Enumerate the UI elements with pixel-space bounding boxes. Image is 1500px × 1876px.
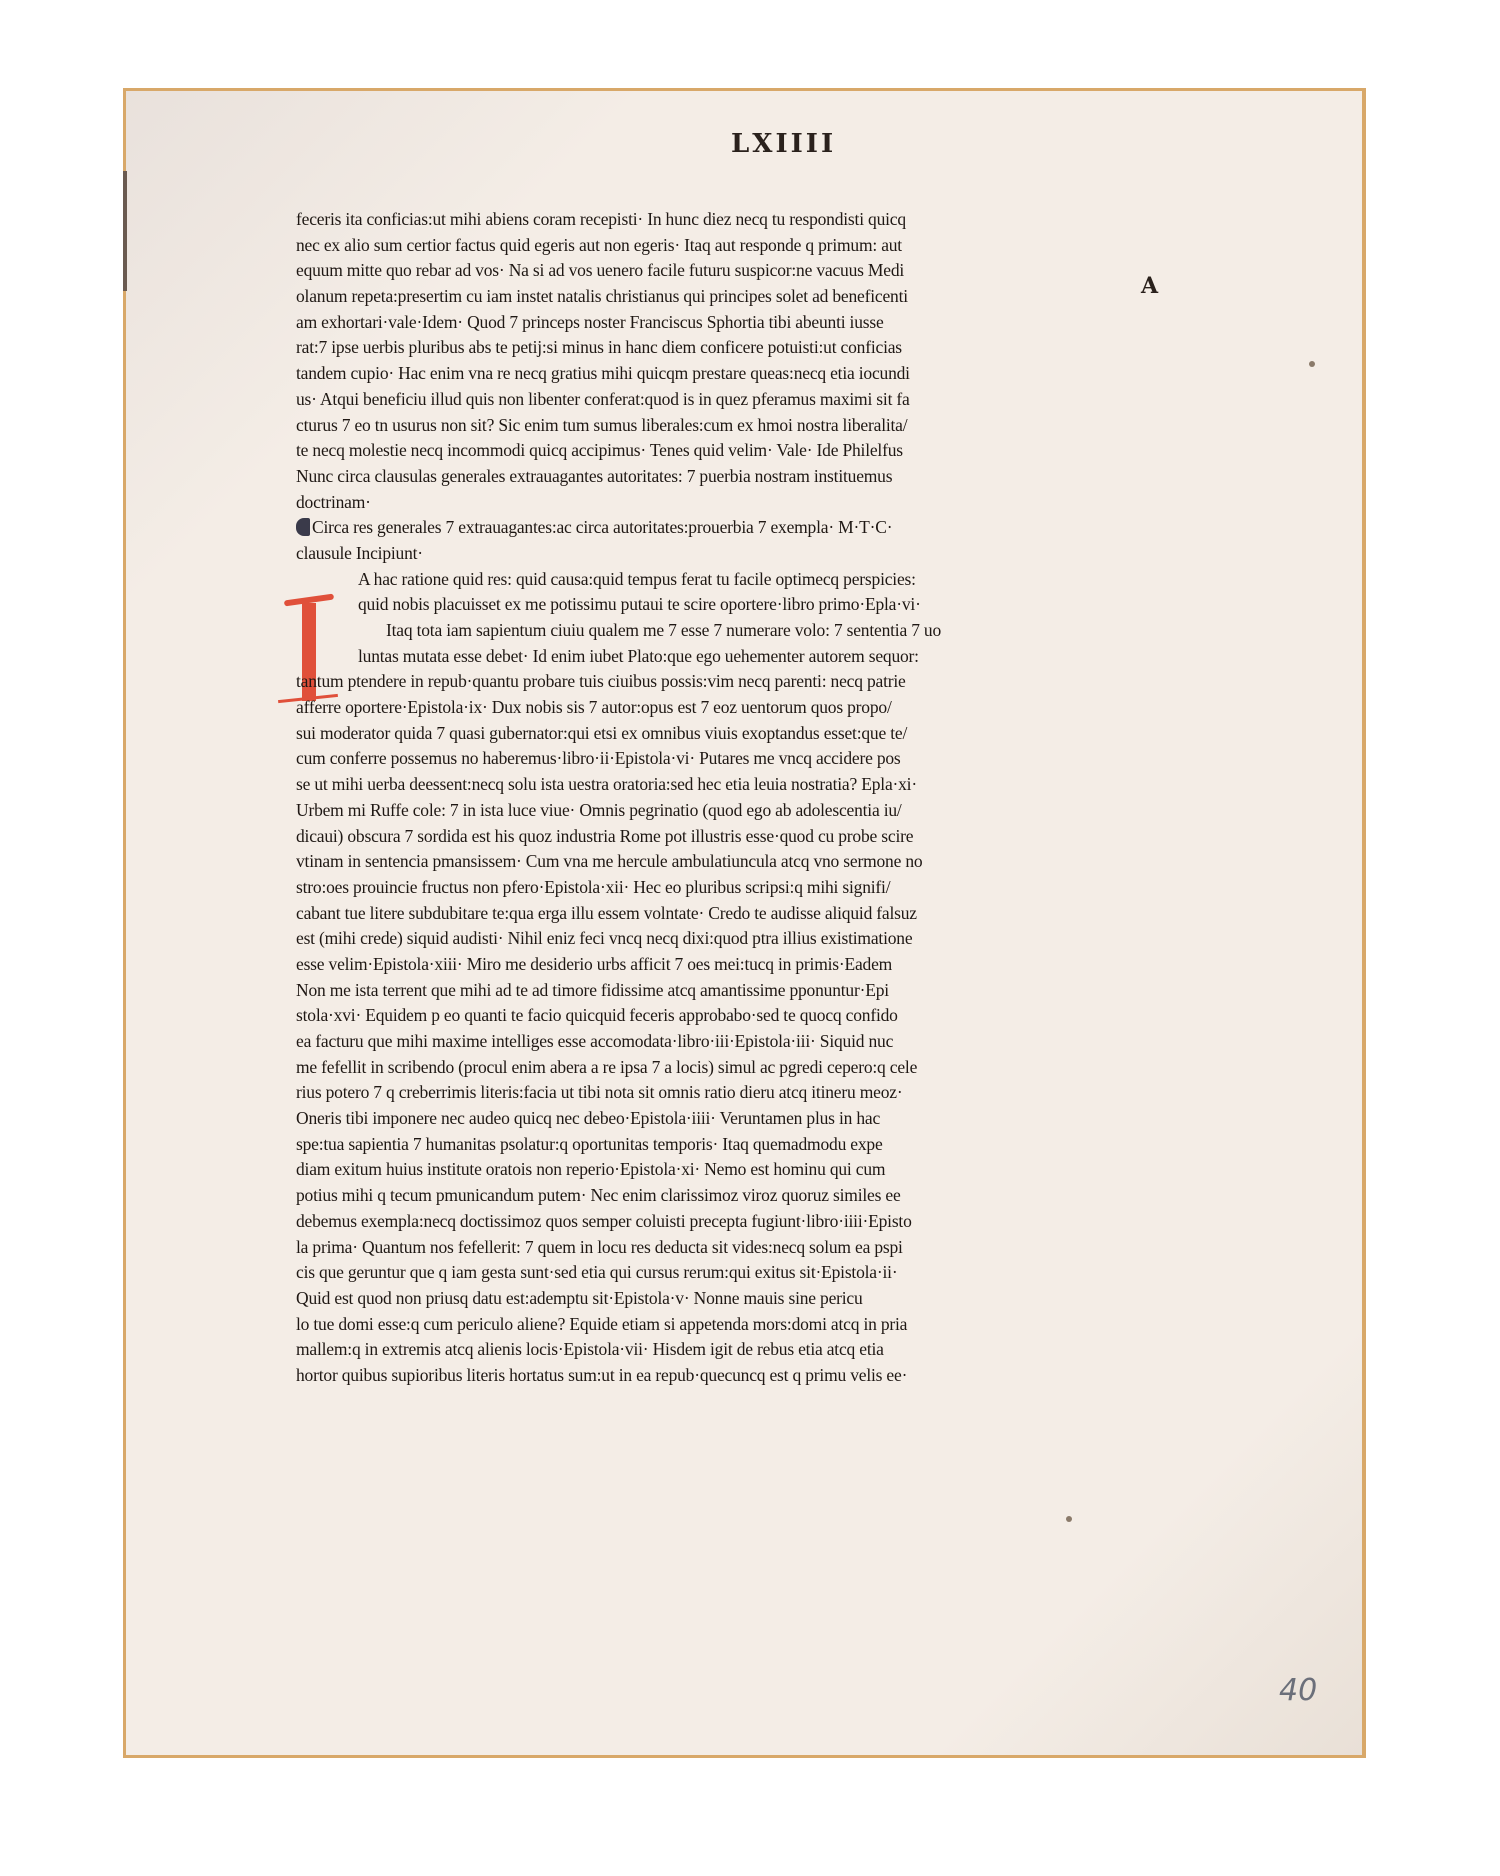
text-line: la prima· Quantum nos fefellerit: 7 quem… [296,1235,1126,1261]
text-line: lo tue domi esse:q cum periculo aliene? … [296,1312,1126,1338]
text-line: dicaui) obscura 7 sordida est his quoz i… [296,824,1126,850]
text-line: Oneris tibi imponere nec audeo quicq nec… [296,1106,1126,1132]
text-line: rat:7 ipse uerbis pluribus abs te petij:… [296,335,1126,361]
text-line: te necq molestie necq incommodi quicq ac… [296,438,1126,464]
text-line: Non me ista terrent que mihi ad te ad ti… [296,978,1126,1004]
ink-speck [1066,1516,1072,1522]
text-line: tandem cupio· Hac enim vna re necq grati… [296,361,1126,387]
text-line: cabant tue litere subdubitare te:qua erg… [296,901,1126,927]
text-line: Quid est quod non priusq datu est:adempt… [296,1286,1126,1312]
text-line: afferre oportere·Epistola·ix· Dux nobis … [296,695,1126,721]
text-line: stro:oes prouincie fructus non pfero·Epi… [296,875,1126,901]
text-line: hortor quibus supioribus literis hortatu… [296,1363,1126,1389]
text-line: nec ex alio sum certior factus quid eger… [296,233,1126,259]
edge-stain [123,171,127,291]
text-line: Itaq tota iam sapientum ciuiu qualem me … [296,618,1126,644]
text-line: Nunc circa clausulas generales extrauaga… [296,464,1126,490]
text-line: tantum ptendere in repub·quantu probare … [296,669,1126,695]
margin-section-letter: A [1141,273,1158,299]
text-line: stola·xvi· Equidem p eo quanti te facio … [296,1003,1126,1029]
text-line: us· Atqui beneficiu illud quis non liben… [296,387,1126,413]
text-line: me fefellit in scribendo (procul enim ab… [296,1055,1126,1081]
text-line: clausule Incipiunt· [296,541,1126,567]
text-line: potius mihi q tecum pmunicandum putem· N… [296,1183,1126,1209]
pencil-page-number: 40 [1279,1673,1317,1708]
text-line: cturus 7 eo tn usurus non sit? Sic enim … [296,413,1126,439]
text-line: cis que geruntur que q iam gesta sunt·se… [296,1260,1126,1286]
text-line: spe:tua sapientia 7 humanitas psolatur:q… [296,1132,1126,1158]
ink-speck [1309,361,1315,367]
text-line: A hac ratione quid res: quid causa:quid … [296,567,1126,593]
text-line: luntas mutata esse debet· Id enim iubet … [296,644,1126,670]
text-line: esse velim·Epistola·xiii· Miro me deside… [296,952,1126,978]
text-line: equum mitte quo rebar ad vos· Na si ad v… [296,258,1126,284]
text-line: Urbem mi Ruffe cole: 7 in ista luce viue… [296,798,1126,824]
incunable-leaf: LXIIII A feceris ita conficias:ut mihi a… [123,88,1366,1758]
text-line: am exhortari·vale·Idem· Quod 7 princeps … [296,310,1126,336]
text-line: debemus exempla:necq doctissimoz quos se… [296,1209,1126,1235]
text-line: cum conferre possemus no haberemus·libro… [296,746,1126,772]
text-line: se ut mihi uerba deessent:necq solu ista… [296,772,1126,798]
text-line: mallem:q in extremis atcq alienis locis·… [296,1337,1126,1363]
text-line: olanum repeta:presertim cu iam instet na… [296,284,1126,310]
text-block: feceris ita conficias:ut mihi abiens cor… [296,207,1126,1389]
folio-number: LXIIII [731,129,836,159]
text-line: ea facturu que mihi maxime intelliges es… [296,1029,1126,1055]
text-line: quid nobis placuisset ex me potissimu pu… [296,592,1126,618]
paragraph-mark-icon [296,518,310,536]
text-line: vtinam in sentencia pmansissem· Cum vna … [296,849,1126,875]
rubric-line: Circa res generales 7 extrauagantes:ac c… [296,515,1126,541]
text-line: doctrinam· [296,490,1126,516]
text-line: est (mihi crede) siquid audisti· Nihil e… [296,926,1126,952]
rubric-text: Circa res generales 7 extrauagantes:ac c… [312,517,892,537]
text-line: feceris ita conficias:ut mihi abiens cor… [296,207,1126,233]
text-line: diam exitum huius institute oratois non … [296,1157,1126,1183]
text-line: sui moderator quida 7 quasi gubernator:q… [296,721,1126,747]
text-line: rius potero 7 q creberrimis literis:faci… [296,1080,1126,1106]
